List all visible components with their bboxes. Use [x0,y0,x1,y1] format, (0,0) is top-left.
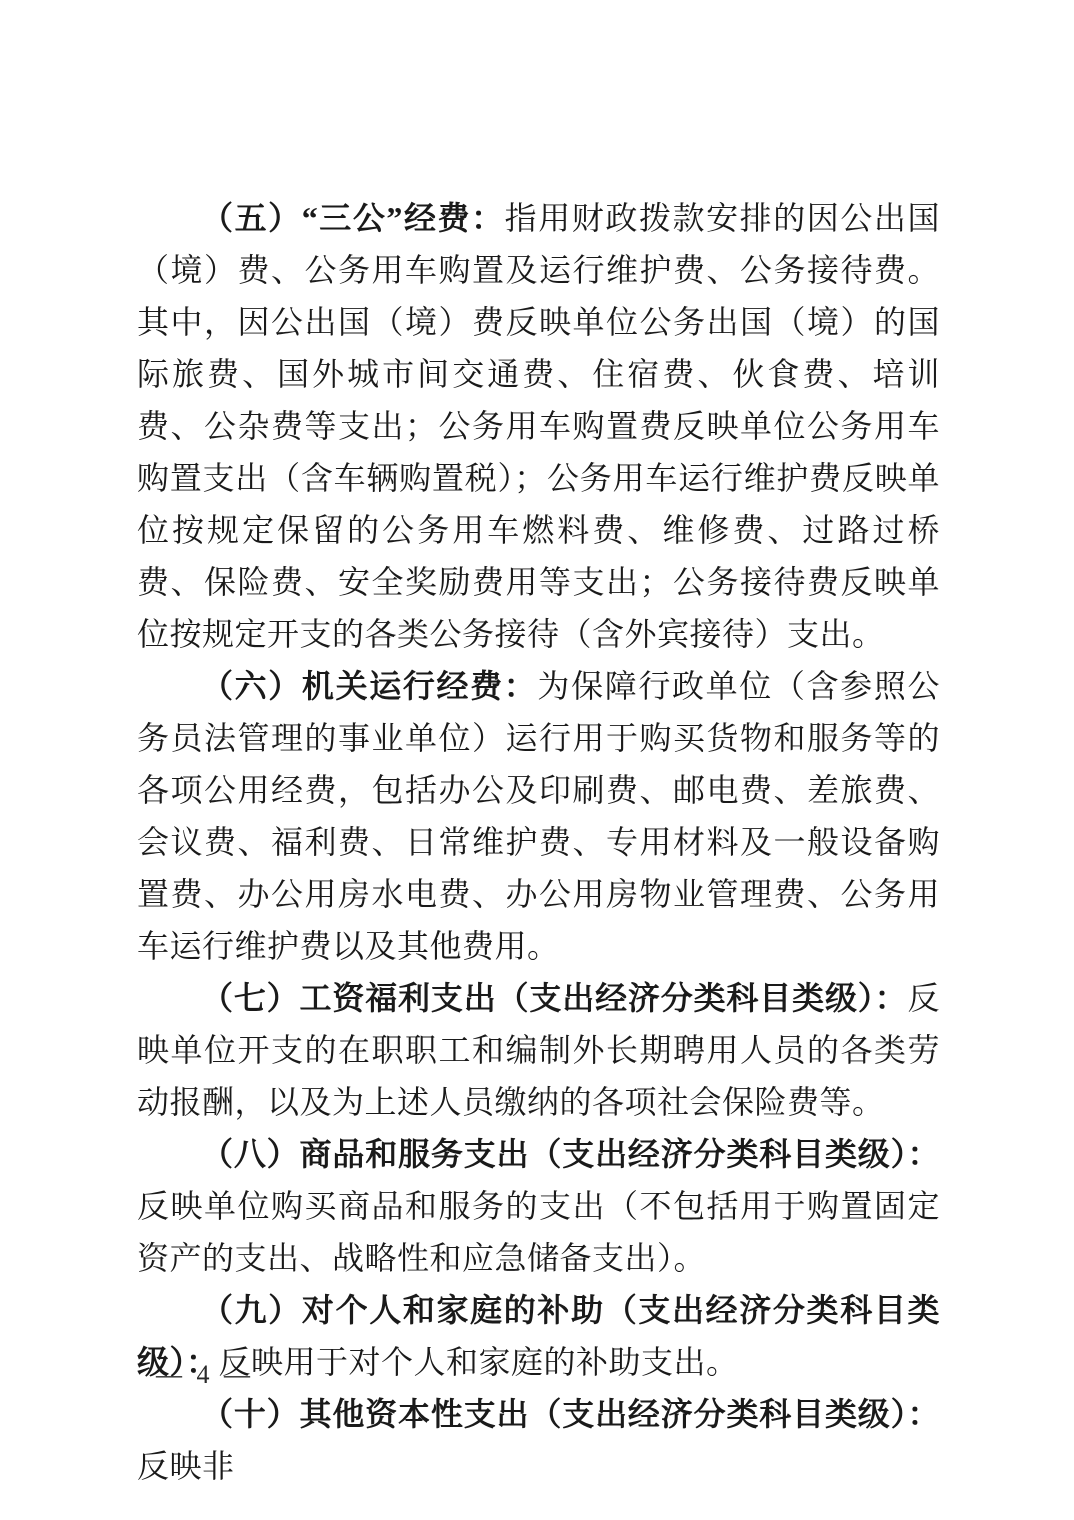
paragraph-sangong-funds: （五）“三公”经费：指用财政拨款安排的因公出国（境）费、公务用车购置及运行维护费… [137,192,940,660]
paragraph-lead: （七）工资福利支出（支出经济分类科目类级）： [201,980,907,1016]
paragraph-text: 反映非 [137,1448,235,1484]
paragraph-lead: （十）其他资本性支出（支出经济分类科目类级）： [201,1396,940,1432]
paragraph-lead: （八）商品和服务支出（支出经济分类科目类级）： [201,1136,940,1172]
paragraph-text: 反映用于对个人和家庭的补助支出。 [219,1344,739,1380]
document-body: （五）“三公”经费：指用财政拨款安排的因公出国（境）费、公务用车购置及运行维护费… [137,192,940,1492]
page-footer: — 4 — [156,1360,254,1390]
paragraph-other-capital-expenditure: （十）其他资本性支出（支出经济分类科目类级）：反映非 [137,1388,940,1492]
paragraph-text: 反映单位购买商品和服务的支出（不包括用于购置固定资产的支出、战略性和应急储备支出… [137,1188,940,1276]
document-page: （五）“三公”经费：指用财政拨款安排的因公出国（境）费、公务用车购置及运行维护费… [0,0,1074,1520]
paragraph-goods-services-expenditure: （八）商品和服务支出（支出经济分类科目类级）：反映单位购买商品和服务的支出（不包… [137,1128,940,1284]
paragraph-wage-welfare-expenditure: （七）工资福利支出（支出经济分类科目类级）：反映单位开支的在职职工和编制外长期聘… [137,972,940,1128]
page-number: — 4 — [156,1360,254,1389]
paragraph-text: 为保障行政单位（含参照公务员法管理的事业单位）运行用于购买货物和服务等的各项公用… [137,668,940,964]
paragraph-lead: （六）机关运行经费： [201,668,537,704]
paragraph-lead: （五）“三公”经费： [201,200,505,236]
paragraph-agency-operating-funds: （六）机关运行经费：为保障行政单位（含参照公务员法管理的事业单位）运行用于购买货… [137,660,940,972]
paragraph-individual-family-subsidy: （九）对个人和家庭的补助（支出经济分类科目类级）：反映用于对个人和家庭的补助支出… [137,1284,940,1388]
paragraph-text: 指用财政拨款安排的因公出国（境）费、公务用车购置及运行维护费、公务接待费。其中，… [137,200,940,652]
